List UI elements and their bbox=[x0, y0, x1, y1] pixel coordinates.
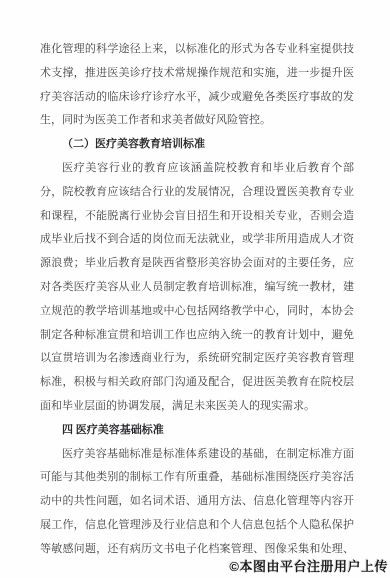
text-line: 成毕业后找不到合适的岗位而无法就业，或学非所用造成人才资 bbox=[40, 228, 354, 252]
text-line: 面和毕业层面的协调发展，满足未来医美人的现实需求。 bbox=[40, 395, 354, 419]
text-line: 立规范的教学培训基地或中心包括网络教学中心，同时，本协会 bbox=[40, 300, 354, 324]
section-heading: 四 医疗美容基础标准 bbox=[40, 419, 354, 443]
text-line: 术支撑，推进医美诊疗技术常规操作规范和实施，进一步提升医 bbox=[40, 62, 354, 86]
text-line: 以宣贯培训为名渗透商业行为，系统研究制定医疗美容教育管理 bbox=[40, 347, 354, 371]
text-line: 医疗美容基础标准是标准体系建设的基础，在制定标准方面 bbox=[40, 443, 354, 467]
watermark: ©本图由平台注册用户上传 bbox=[229, 556, 388, 575]
text-line: 对各类医疗美容从业人员制定教育培训标准，编写统一教材，建 bbox=[40, 276, 354, 300]
text-line: 准化管理的科学途径上来，以标准化的形式为各专业科室提供技 bbox=[40, 38, 354, 62]
text-line: 源浪费；毕业后教育是陕西省整形美容协会面对的主要任务，应 bbox=[40, 252, 354, 276]
text-line: 生，同时为医美工作者和求美者做好风险管控。 bbox=[40, 109, 354, 133]
document-page: 准化管理的科学途径上来，以标准化的形式为各专业科室提供技 术支撑，推进医美诊疗技… bbox=[0, 0, 390, 578]
text-line: 分，院校教育应该结合行业的发展情况，合理设置医美教育专业 bbox=[40, 181, 354, 205]
text-line: 动中的共性问题，如名词术语、通用方法、信息化管理等内容开 bbox=[40, 490, 354, 514]
text-line: 展工作，信息化管理涉及行业信息和个人信息包括个人隐私保护 bbox=[40, 514, 354, 538]
text-line: 制定各种标准宣贯和培训工作也应纳入统一的教育计划中，避免 bbox=[40, 324, 354, 348]
text-line: 医疗美容行业的教育应该涵盖院校教育和毕业后教育个部 bbox=[40, 157, 354, 181]
document-text: 准化管理的科学途径上来，以标准化的形式为各专业科室提供技 术支撑，推进医美诊疗技… bbox=[40, 38, 354, 562]
text-line: 标准，积极与相关政府部门沟通及配合，促进医美教育在院校层 bbox=[40, 371, 354, 395]
text-line: 可能与其他类别的制标工作有所重叠，基础标准围绕医疗美容活 bbox=[40, 466, 354, 490]
text-line: 疗美容活动的临床诊疗诊疗水平，减少或避免各类医疗事故的发 bbox=[40, 86, 354, 110]
section-heading: （二）医疗美容教育培训标准 bbox=[40, 133, 354, 157]
text-line: 和课程，不能脱离行业协会盲目招生和开设相关专业，否则会造 bbox=[40, 205, 354, 229]
